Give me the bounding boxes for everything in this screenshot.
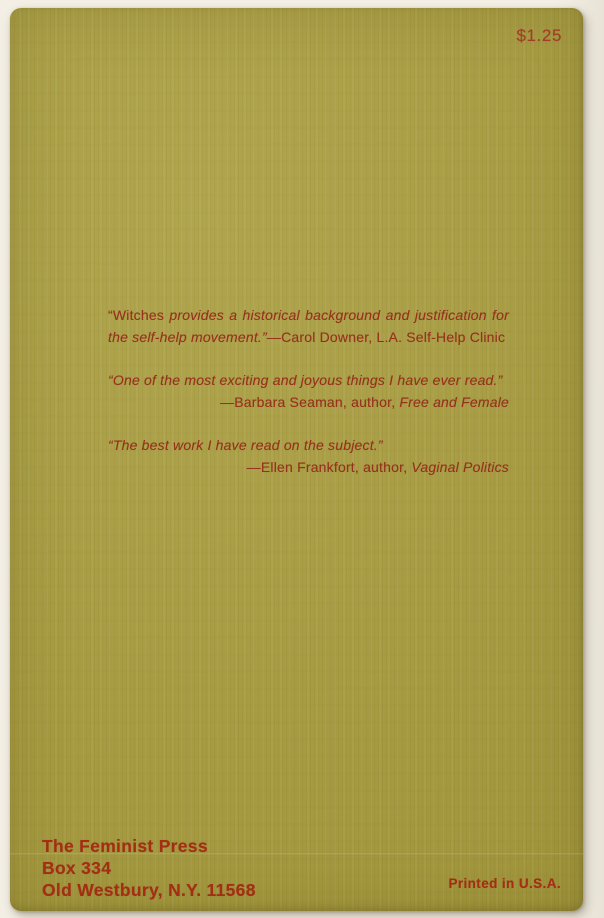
review-quotes: “Witches provides a historical backgroun… (108, 304, 509, 478)
quote-2-attribution-line: —Barbara Seaman, author, Free and Female (108, 391, 509, 413)
quote-1-text-end: the self-help movement.” (108, 329, 267, 345)
quote-ellen-frankfort: “The best work I have read on the subjec… (108, 434, 509, 478)
printed-in-usa-label: Printed in U.S.A. (448, 876, 561, 891)
quote-1-text: provides a historical background and jus… (164, 307, 509, 323)
publisher-box: Box 334 (42, 857, 256, 879)
quote-3-attribution: —Ellen Frankfort, author, (247, 459, 412, 475)
quote-1-book-title: “Witches (108, 307, 164, 323)
quote-carol-downer: “Witches provides a historical backgroun… (108, 304, 509, 348)
publisher-name: The Feminist Press (42, 835, 256, 857)
price-label: $1.25 (516, 26, 562, 46)
quote-2-book-title: Free and Female (399, 394, 509, 410)
quote-1-line-2: the self-help movement.”—Carol Downer, L… (108, 326, 509, 348)
quote-2-attribution: —Barbara Seaman, author, (220, 394, 399, 410)
quote-1-attribution: —Carol Downer, L.A. Self-Help Clinic (267, 329, 505, 345)
quote-3-attribution-line: —Ellen Frankfort, author, Vaginal Politi… (108, 456, 509, 478)
quote-3-text: “The best work I have read on the subjec… (108, 434, 509, 456)
quote-2-text: “One of the most exciting and joyous thi… (108, 369, 509, 391)
quote-barbara-seaman: “One of the most exciting and joyous thi… (108, 369, 509, 413)
publisher-address: The Feminist Press Box 334 Old Westbury,… (42, 835, 256, 901)
book-back-cover: $1.25 “Witches provides a historical bac… (10, 8, 583, 911)
quote-3-book-title: Vaginal Politics (411, 459, 509, 475)
quote-1-line-1: “Witches provides a historical backgroun… (108, 304, 509, 326)
publisher-city: Old Westbury, N.Y. 11568 (42, 879, 256, 901)
scanned-page: $1.25 “Witches provides a historical bac… (0, 0, 604, 918)
